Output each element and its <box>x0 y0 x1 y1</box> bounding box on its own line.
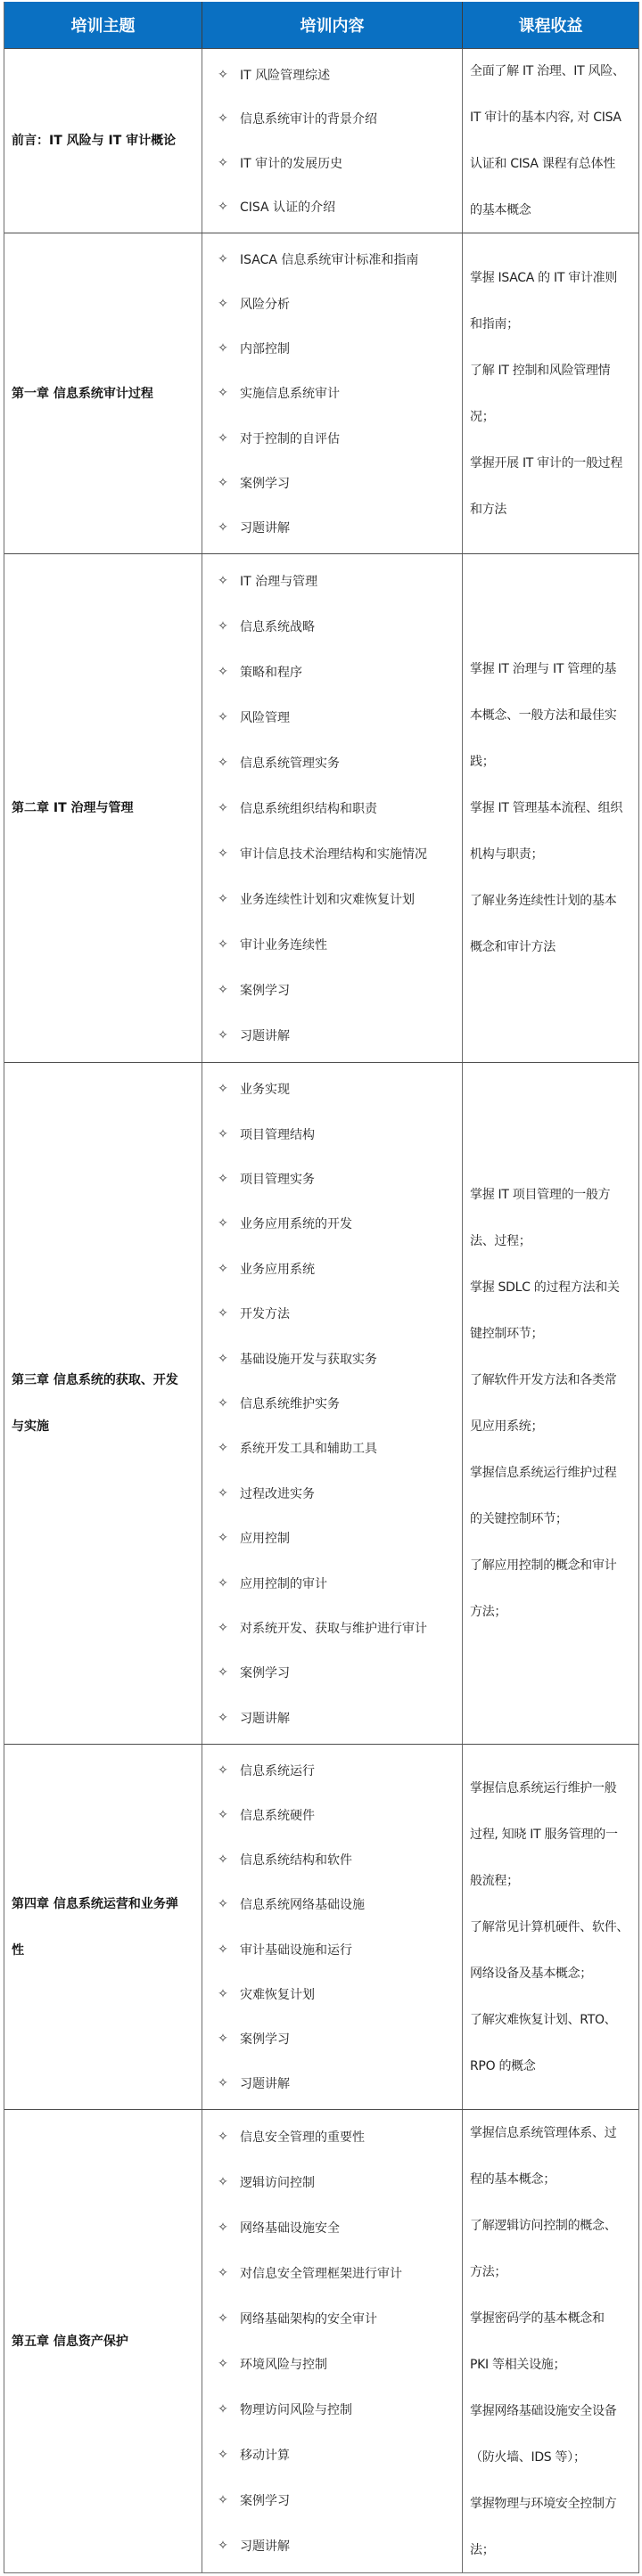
course-benefit: 掌握信息系统运行维护一般过程, 知晓 IT 服务管理的一般流程；了解常见计算机硬… <box>463 1745 638 2109</box>
list-item: ✧习题讲解 <box>202 505 462 550</box>
star-bullet-icon: ✧ <box>202 2493 240 2507</box>
list-item: ✧信息系统运行 <box>202 1748 462 1793</box>
content-item-text: IT 治理与管理 <box>240 572 317 590</box>
benefit-line: 掌握物理与环境安全控制方 <box>470 2481 633 2527</box>
content-item-text: 灾难恢复计划 <box>240 1985 315 2003</box>
training-topic: 第四章 信息系统运营和业务弹性 <box>4 1745 202 2109</box>
course-benefit: 全面了解 IT 治理、IT 风险、IT 审计的基本内容, 对 CISA认证和 C… <box>463 49 638 233</box>
course-benefit: 掌握 IT 项目管理的一般方法、过程；掌握 SDLC 的过程方法和关键控制环节；… <box>463 1063 638 1744</box>
header-topic: 培训主题 <box>4 2 202 48</box>
list-item: ✧业务连续性计划和灾难恢复计划 <box>202 877 462 922</box>
training-content-list: ✧IT 治理与管理✧信息系统战略✧策略和程序✧风险管理✧信息系统管理实务✧信息系… <box>202 554 463 1062</box>
star-bullet-icon: ✧ <box>202 1082 240 1096</box>
list-item: ✧信息系统硬件 <box>202 1793 462 1837</box>
benefit-line: 的关键控制环节； <box>470 1496 633 1542</box>
benefit-line: 方法； <box>470 1589 633 1635</box>
content-item-text: 对系统开发、获取与维护进行审计 <box>240 1619 427 1637</box>
content-item-text: 风险管理 <box>240 708 290 726</box>
content-item-text: 案例学习 <box>240 2491 290 2509</box>
course-benefit: 掌握信息系统管理体系、过程的基本概念；了解逻辑访问控制的概念、方法；掌握密码学的… <box>463 2110 638 2572</box>
content-item-text: 项目管理实务 <box>240 1170 315 1188</box>
benefit-line: 过程, 知晓 IT 服务管理的一 <box>470 1811 633 1858</box>
list-item: ✧ISACA 信息系统审计标准和指南 <box>202 237 462 282</box>
content-item-text: 信息系统硬件 <box>240 1806 315 1824</box>
list-item: ✧习题讲解 <box>202 1696 462 1740</box>
list-item: ✧信息安全管理的重要性 <box>202 2114 462 2159</box>
list-item: ✧实施信息系统审计 <box>202 371 462 415</box>
content-item-text: 习题讲解 <box>240 1709 290 1727</box>
benefit-line: 本概念、一般方法和最佳实 <box>470 692 633 739</box>
course-benefit: 掌握 IT 治理与 IT 管理的基本概念、一般方法和最佳实践；掌握 IT 管理基… <box>463 554 638 1062</box>
benefit-line: 和指南； <box>470 301 633 348</box>
training-course-table: 培训主题 培训内容 课程收益 前言：IT 风险与 IT 审计概论✧IT 风险管理… <box>4 2 639 2573</box>
benefit-line: 网络设备及基本概念； <box>470 1950 633 1997</box>
topic-line: 第五章 信息资产保护 <box>12 2318 128 2365</box>
list-item: ✧CISA 认证的介绍 <box>202 185 462 230</box>
content-item-text: 对信息安全管理框架进行审计 <box>240 2264 402 2282</box>
list-item: ✧信息系统战略 <box>202 603 462 649</box>
list-item: ✧IT 风险管理综述 <box>202 53 462 97</box>
benefit-line: 掌握 IT 项目管理的一般方 <box>470 1172 633 1218</box>
benefit-line: 了解业务连续性计划的基本 <box>470 878 633 924</box>
list-item: ✧风险分析 <box>202 282 462 326</box>
content-item-text: 移动计算 <box>240 2446 290 2464</box>
list-item: ✧网络基础设施安全 <box>202 2204 462 2250</box>
content-item-text: 信息系统战略 <box>240 617 315 635</box>
list-item: ✧案例学习 <box>202 968 462 1013</box>
benefit-line: 掌握密码学的基本概念和 <box>470 2295 633 2342</box>
benefit-line: 键控制环节； <box>470 1311 633 1357</box>
topic-line: 前言：IT 风险与 IT 审计概论 <box>12 118 176 164</box>
star-bullet-icon: ✧ <box>202 983 240 997</box>
benefit-line: 了解软件开发方法和各类常 <box>470 1357 633 1403</box>
training-content-list: ✧ISACA 信息系统审计标准和指南✧风险分析✧内部控制✧实施信息系统审计✧对于… <box>202 233 463 553</box>
benefit-line: 掌握 IT 管理基本流程、组织 <box>470 785 633 831</box>
star-bullet-icon: ✧ <box>202 1621 240 1635</box>
benefit-line: PKI 等相关设施； <box>470 2342 633 2388</box>
content-item-text: CISA 认证的介绍 <box>240 198 335 216</box>
benefit-line: 程的基本概念； <box>470 2156 633 2203</box>
table-row: 第五章 信息资产保护✧信息安全管理的重要性✧逻辑访问控制✧网络基础设施安全✧对信… <box>4 2109 638 2572</box>
star-bullet-icon: ✧ <box>202 156 240 170</box>
star-bullet-icon: ✧ <box>202 68 240 82</box>
content-item-text: IT 审计的发展历史 <box>240 154 342 172</box>
content-item-text: 案例学习 <box>240 2030 290 2048</box>
benefit-line: 况； <box>470 394 633 440</box>
benefit-line: 了解 IT 控制和风险管理情 <box>470 348 633 394</box>
benefit-line: 法、过程； <box>470 1218 633 1264</box>
list-item: ✧习题讲解 <box>202 1013 462 1059</box>
star-bullet-icon: ✧ <box>202 1852 240 1867</box>
benefit-line: 掌握 IT 治理与 IT 管理的基 <box>470 646 633 692</box>
list-item: ✧对于控制的自评估 <box>202 416 462 461</box>
content-item-text: 审计基础设施和运行 <box>240 1941 352 1959</box>
star-bullet-icon: ✧ <box>202 1441 240 1455</box>
content-item-text: 风险分析 <box>240 295 290 313</box>
star-bullet-icon: ✧ <box>202 2130 240 2144</box>
star-bullet-icon: ✧ <box>202 1028 240 1043</box>
topic-line: 与实施 <box>12 1403 178 1450</box>
content-item-text: 信息系统审计的背景介绍 <box>240 110 377 127</box>
star-bullet-icon: ✧ <box>202 574 240 588</box>
star-bullet-icon: ✧ <box>202 341 240 356</box>
benefit-line: 全面了解 IT 治理、IT 风险、 <box>470 48 633 94</box>
list-item: ✧IT 治理与管理 <box>202 558 462 603</box>
star-bullet-icon: ✧ <box>202 710 240 724</box>
training-content-list: ✧信息系统运行✧信息系统硬件✧信息系统结构和软件✧信息系统网络基础设施✧审计基础… <box>202 1745 463 2109</box>
list-item: ✧内部控制 <box>202 326 462 371</box>
star-bullet-icon: ✧ <box>202 2311 240 2326</box>
star-bullet-icon: ✧ <box>202 1665 240 1680</box>
benefit-line: 掌握 ISACA 的 IT 审计准则 <box>470 255 633 301</box>
star-bullet-icon: ✧ <box>202 252 240 266</box>
list-item: ✧案例学习 <box>202 1650 462 1695</box>
star-bullet-icon: ✧ <box>202 619 240 634</box>
star-bullet-icon: ✧ <box>202 2220 240 2235</box>
table-row: 第四章 信息系统运营和业务弹性✧信息系统运行✧信息系统硬件✧信息系统结构和软件✧… <box>4 1744 638 2109</box>
training-topic: 第五章 信息资产保护 <box>4 2110 202 2572</box>
benefit-line: 了解应用控制的概念和审计 <box>470 1542 633 1589</box>
topic-line: 性 <box>12 1927 178 1974</box>
benefit-line: 践； <box>470 739 633 785</box>
content-item-text: 应用控制 <box>240 1529 290 1547</box>
content-item-text: 信息系统网络基础设施 <box>240 1895 365 1913</box>
content-item-text: 信息系统管理实务 <box>240 754 340 772</box>
training-topic: 第一章 信息系统审计过程 <box>4 233 202 553</box>
star-bullet-icon: ✧ <box>202 892 240 906</box>
training-topic: 前言：IT 风险与 IT 审计概论 <box>4 49 202 233</box>
list-item: ✧业务实现 <box>202 1067 462 1111</box>
content-item-text: 开发方法 <box>240 1304 290 1322</box>
benefit-line: 了解常见计算机硬件、软件、 <box>470 1904 633 1950</box>
star-bullet-icon: ✧ <box>202 1306 240 1321</box>
benefit-line: 法； <box>470 2527 633 2573</box>
topic-line: 第一章 信息系统审计过程 <box>12 371 153 417</box>
content-item-text: IT 风险管理综述 <box>240 66 330 84</box>
content-item-text: 业务应用系统的开发 <box>240 1214 352 1232</box>
star-bullet-icon: ✧ <box>202 756 240 770</box>
content-item-text: 系统开发工具和辅助工具 <box>240 1439 377 1457</box>
content-item-text: 物理访问风险与控制 <box>240 2400 352 2418</box>
benefit-line: 机构与职责； <box>470 831 633 878</box>
list-item: ✧策略和程序 <box>202 649 462 694</box>
list-item: ✧信息系统维护实务 <box>202 1381 462 1426</box>
benefit-line: 般流程； <box>470 1858 633 1904</box>
content-item-text: 业务连续性计划和灾难恢复计划 <box>240 890 415 908</box>
benefit-line: 了解灾难恢复计划、RTO、 <box>470 1997 633 2043</box>
content-item-text: 应用控制的审计 <box>240 1574 327 1592</box>
star-bullet-icon: ✧ <box>202 1352 240 1366</box>
list-item: ✧对信息安全管理框架进行审计 <box>202 2250 462 2295</box>
table-row: 第二章 IT 治理与管理✧IT 治理与管理✧信息系统战略✧策略和程序✧风险管理✧… <box>4 553 638 1062</box>
star-bullet-icon: ✧ <box>202 520 240 535</box>
header-benefit: 课程收益 <box>463 2 638 48</box>
benefit-line: （防火墙、IDS 等）； <box>470 2434 633 2481</box>
list-item: ✧应用控制 <box>202 1516 462 1560</box>
star-bullet-icon: ✧ <box>202 111 240 126</box>
list-item: ✧风险管理 <box>202 694 462 740</box>
star-bullet-icon: ✧ <box>202 1216 240 1231</box>
benefit-line: 掌握信息系统运行维护过程 <box>470 1450 633 1496</box>
table-header: 培训主题 培训内容 课程收益 <box>4 2 638 48</box>
content-item-text: 习题讲解 <box>240 1026 290 1044</box>
content-item-text: 业务实现 <box>240 1080 290 1098</box>
star-bullet-icon: ✧ <box>202 1172 240 1186</box>
benefit-line: 掌握信息系统管理体系、过 <box>470 2110 633 2156</box>
benefit-line: 掌握网络基础设施安全设备 <box>470 2388 633 2434</box>
list-item: ✧信息系统网络基础设施 <box>202 1882 462 1926</box>
star-bullet-icon: ✧ <box>202 2266 240 2280</box>
list-item: ✧信息系统结构和软件 <box>202 1837 462 1882</box>
content-item-text: 习题讲解 <box>240 519 290 536</box>
star-bullet-icon: ✧ <box>202 297 240 311</box>
star-bullet-icon: ✧ <box>202 1763 240 1778</box>
list-item: ✧环境风险与控制 <box>202 2342 462 2387</box>
content-item-text: 内部控制 <box>240 339 290 357</box>
content-item-text: 信息系统组织结构和职责 <box>240 799 377 817</box>
header-content: 培训内容 <box>202 2 463 48</box>
list-item: ✧过程改进实务 <box>202 1471 462 1516</box>
list-item: ✧信息系统管理实务 <box>202 740 462 785</box>
content-item-text: 审计业务连续性 <box>240 936 327 953</box>
list-item: ✧习题讲解 <box>202 2061 462 2106</box>
star-bullet-icon: ✧ <box>202 1897 240 1911</box>
star-bullet-icon: ✧ <box>202 801 240 815</box>
content-item-text: 信息安全管理的重要性 <box>240 2128 365 2146</box>
course-benefit: 掌握 ISACA 的 IT 审计准则和指南；了解 IT 控制和风险管理情况；掌握… <box>463 233 638 553</box>
benefit-line: RPO 的概念 <box>470 2043 633 2089</box>
list-item: ✧系统开发工具和辅助工具 <box>202 1426 462 1470</box>
star-bullet-icon: ✧ <box>202 2076 240 2090</box>
star-bullet-icon: ✧ <box>202 1711 240 1725</box>
benefit-line: 了解逻辑访问控制的概念、 <box>470 2203 633 2249</box>
content-item-text: 策略和程序 <box>240 663 302 681</box>
list-item: ✧灾难恢复计划 <box>202 1972 462 2016</box>
content-item-text: 项目管理结构 <box>240 1125 315 1143</box>
star-bullet-icon: ✧ <box>202 1987 240 2001</box>
list-item: ✧审计基础设施和运行 <box>202 1927 462 1972</box>
benefit-line: 的基本概念 <box>470 187 633 233</box>
benefit-line: 掌握信息系统运行维护一般 <box>470 1765 633 1811</box>
list-item: ✧移动计算 <box>202 2433 462 2478</box>
training-content-list: ✧IT 风险管理综述✧信息系统审计的背景介绍✧IT 审计的发展历史✧CISA 认… <box>202 49 463 233</box>
content-item-text: 习题讲解 <box>240 2537 290 2555</box>
star-bullet-icon: ✧ <box>202 1942 240 1957</box>
star-bullet-icon: ✧ <box>202 1808 240 1822</box>
topic-line: 第四章 信息系统运营和业务弹 <box>12 1881 178 1927</box>
list-item: ✧应用控制的审计 <box>202 1560 462 1605</box>
list-item: ✧对系统开发、获取与维护进行审计 <box>202 1606 462 1650</box>
content-item-text: 习题讲解 <box>240 2074 290 2092</box>
content-item-text: 逻辑访问控制 <box>240 2173 315 2191</box>
content-item-text: 基础设施开发与获取实务 <box>240 1350 377 1368</box>
star-bullet-icon: ✧ <box>202 1486 240 1501</box>
benefit-line: 掌握开展 IT 审计的一般过程 <box>470 440 633 487</box>
list-item: ✧项目管理结构 <box>202 1111 462 1156</box>
training-content-list: ✧业务实现✧项目管理结构✧项目管理实务✧业务应用系统的开发✧业务应用系统✧开发方… <box>202 1063 463 1744</box>
list-item: ✧IT 审计的发展历史 <box>202 141 462 185</box>
benefit-line: 概念和审计方法 <box>470 924 633 970</box>
content-item-text: 案例学习 <box>240 474 290 492</box>
star-bullet-icon: ✧ <box>202 2448 240 2462</box>
list-item: ✧物理访问风险与控制 <box>202 2387 462 2433</box>
table-row: 第三章 信息系统的获取、开发与实施✧业务实现✧项目管理结构✧项目管理实务✧业务应… <box>4 1062 638 1744</box>
star-bullet-icon: ✧ <box>202 1531 240 1545</box>
star-bullet-icon: ✧ <box>202 1262 240 1276</box>
training-content-list: ✧信息安全管理的重要性✧逻辑访问控制✧网络基础设施安全✧对信息安全管理框架进行审… <box>202 2110 463 2572</box>
benefit-line: 方法； <box>470 2249 633 2295</box>
benefit-line: 认证和 CISA 课程有总体性 <box>470 141 633 187</box>
content-item-text: 案例学习 <box>240 981 290 999</box>
content-item-text: 审计信息技术治理结构和实施情况 <box>240 845 427 863</box>
list-item: ✧基础设施开发与获取实务 <box>202 1336 462 1380</box>
list-item: ✧业务应用系统的开发 <box>202 1201 462 1246</box>
content-item-text: 环境风险与控制 <box>240 2355 327 2373</box>
star-bullet-icon: ✧ <box>202 1396 240 1411</box>
list-item: ✧网络基础架构的安全审计 <box>202 2295 462 2341</box>
list-item: ✧案例学习 <box>202 2016 462 2061</box>
list-item: ✧项目管理实务 <box>202 1157 462 1201</box>
star-bullet-icon: ✧ <box>202 2402 240 2417</box>
star-bullet-icon: ✧ <box>202 200 240 214</box>
star-bullet-icon: ✧ <box>202 2357 240 2371</box>
list-item: ✧逻辑访问控制 <box>202 2159 462 2204</box>
benefit-line: 和方法 <box>470 487 633 533</box>
star-bullet-icon: ✧ <box>202 431 240 446</box>
table-row: 前言：IT 风险与 IT 审计概论✧IT 风险管理综述✧信息系统审计的背景介绍✧… <box>4 48 638 233</box>
list-item: ✧信息系统组织结构和职责 <box>202 785 462 830</box>
star-bullet-icon: ✧ <box>202 476 240 490</box>
star-bullet-icon: ✧ <box>202 846 240 861</box>
star-bullet-icon: ✧ <box>202 2175 240 2189</box>
topic-line: 第二章 IT 治理与管理 <box>12 785 134 831</box>
star-bullet-icon: ✧ <box>202 2032 240 2046</box>
star-bullet-icon: ✧ <box>202 386 240 400</box>
content-item-text: 网络基础架构的安全审计 <box>240 2310 377 2327</box>
list-item: ✧习题讲解 <box>202 2523 462 2569</box>
training-topic: 第三章 信息系统的获取、开发与实施 <box>4 1063 202 1744</box>
star-bullet-icon: ✧ <box>202 2539 240 2553</box>
list-item: ✧审计业务连续性 <box>202 922 462 968</box>
table-row: 第一章 信息系统审计过程✧ISACA 信息系统审计标准和指南✧风险分析✧内部控制… <box>4 233 638 553</box>
benefit-line: 见应用系统； <box>470 1403 633 1450</box>
star-bullet-icon: ✧ <box>202 1576 240 1591</box>
list-item: ✧案例学习 <box>202 461 462 505</box>
topic-line: 第三章 信息系统的获取、开发 <box>12 1357 178 1403</box>
list-item: ✧审计信息技术治理结构和实施情况 <box>202 831 462 877</box>
list-item: ✧案例学习 <box>202 2478 462 2523</box>
content-item-text: ISACA 信息系统审计标准和指南 <box>240 250 418 268</box>
star-bullet-icon: ✧ <box>202 665 240 679</box>
content-item-text: 网络基础设施安全 <box>240 2219 340 2237</box>
list-item: ✧信息系统审计的背景介绍 <box>202 97 462 142</box>
content-item-text: 信息系统运行 <box>240 1762 315 1779</box>
content-item-text: 对于控制的自评估 <box>240 429 340 447</box>
star-bullet-icon: ✧ <box>202 937 240 952</box>
list-item: ✧业务应用系统 <box>202 1247 462 1291</box>
table-body: 前言：IT 风险与 IT 审计概论✧IT 风险管理综述✧信息系统审计的背景介绍✧… <box>4 48 638 2572</box>
content-item-text: 业务应用系统 <box>240 1260 315 1278</box>
content-item-text: 案例学习 <box>240 1664 290 1681</box>
content-item-text: 过程改进实务 <box>240 1484 315 1502</box>
star-bullet-icon: ✧ <box>202 1127 240 1141</box>
benefit-line: IT 审计的基本内容, 对 CISA <box>470 94 633 141</box>
content-item-text: 实施信息系统审计 <box>240 384 340 402</box>
list-item: ✧开发方法 <box>202 1291 462 1336</box>
training-topic: 第二章 IT 治理与管理 <box>4 554 202 1062</box>
benefit-line: 掌握 SDLC 的过程方法和关 <box>470 1264 633 1311</box>
content-item-text: 信息系统结构和软件 <box>240 1851 352 1869</box>
content-item-text: 信息系统维护实务 <box>240 1394 340 1412</box>
